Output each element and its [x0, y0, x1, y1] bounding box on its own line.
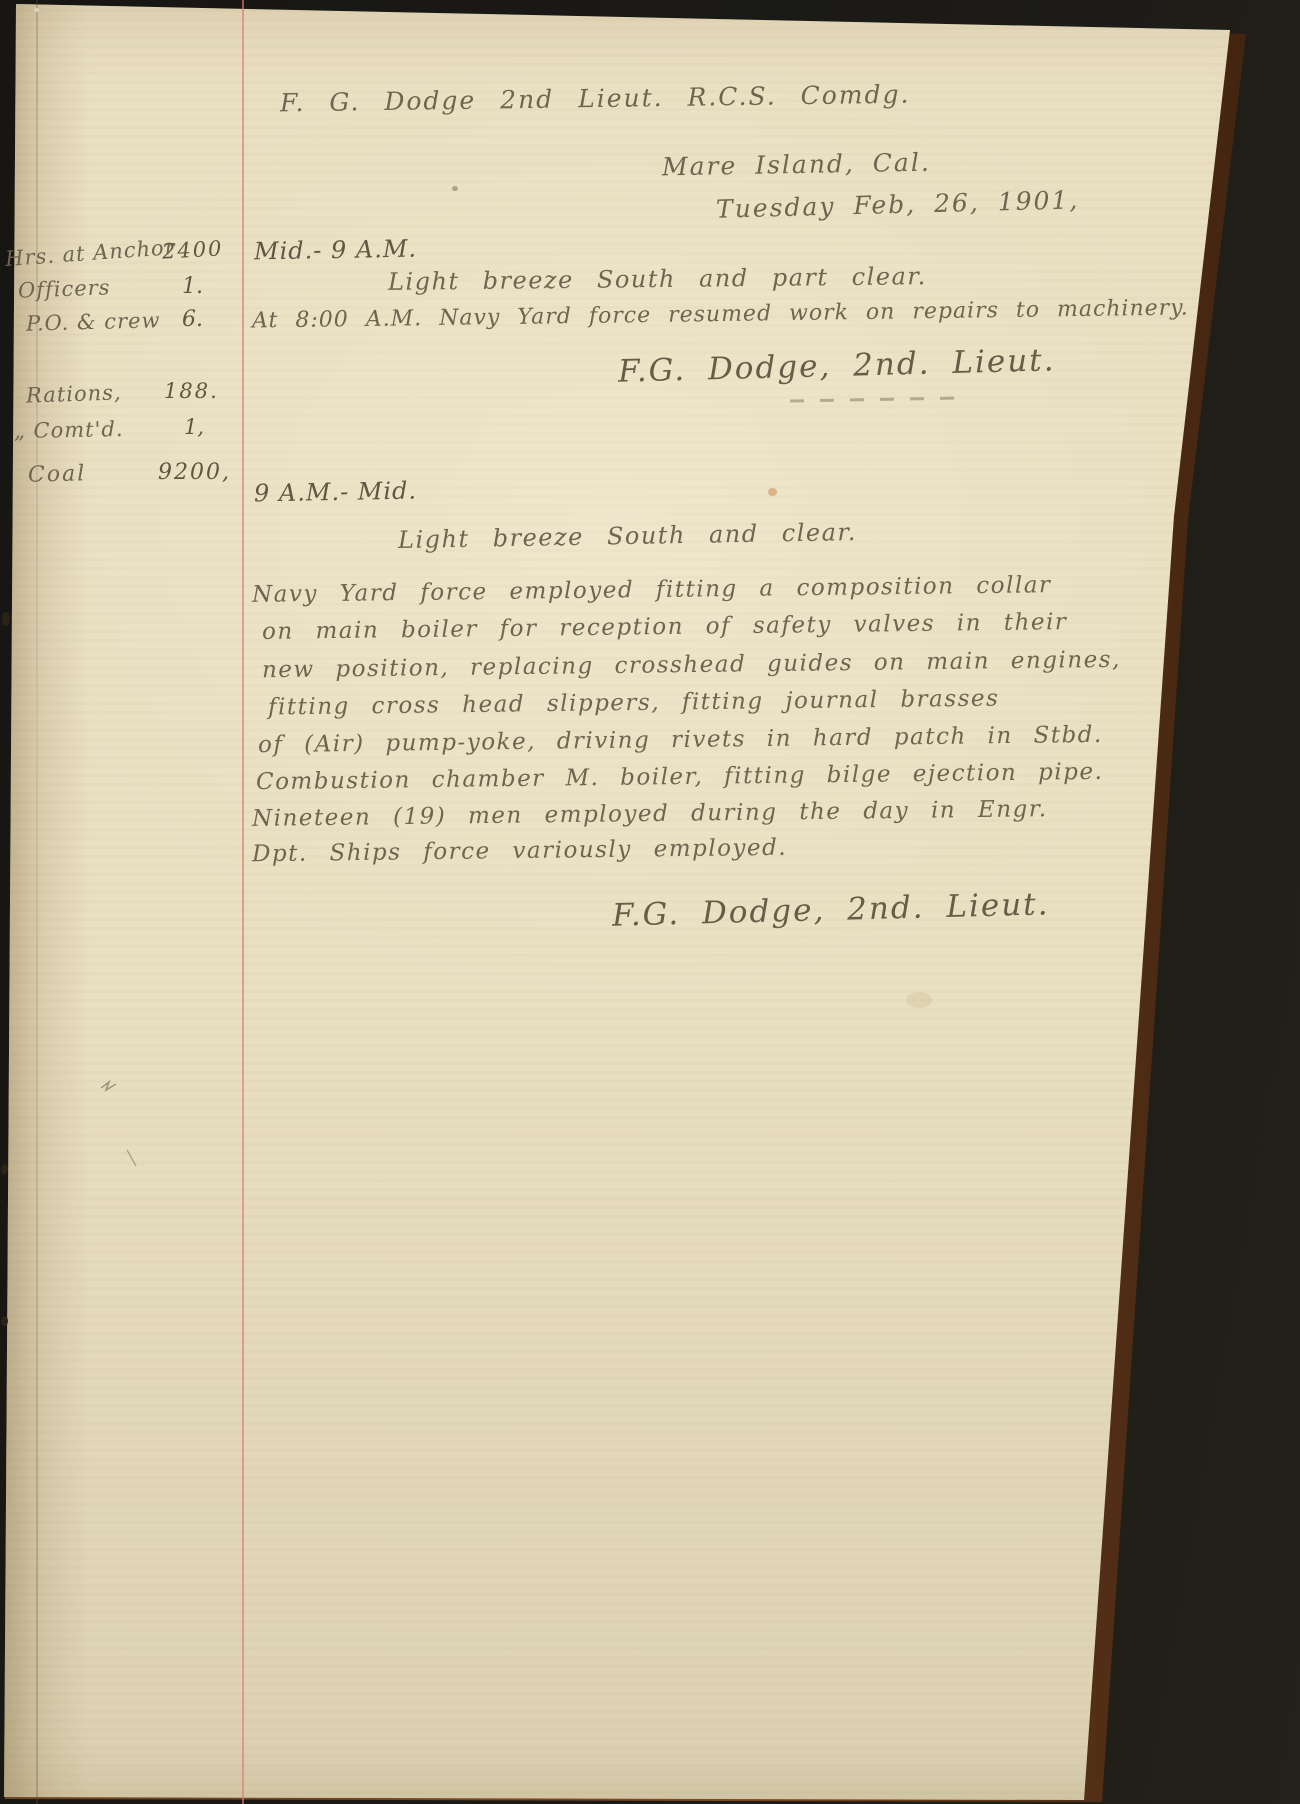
- scan-speck: [88, 6, 92, 10]
- binding-hole: [1, 1164, 8, 1174]
- foxing-spot: [768, 488, 777, 496]
- scan-speck: [34, 8, 39, 12]
- scanned-logbook-page: F. G. Dodge 2nd Lieut. R.C.S. Comdg. Mar…: [0, 0, 1300, 1804]
- margin-value-rations: 188.: [164, 379, 219, 403]
- margin-label-rations: Rations,: [26, 380, 122, 407]
- log-place: Mare Island, Cal.: [662, 148, 931, 182]
- entry1-time-range: Mid.- 9 A.M.: [254, 235, 418, 266]
- margin-label-po-and-crew: P.O. & crew: [26, 308, 161, 336]
- stray-pencil-mark: [124, 1148, 142, 1170]
- gutter-crease: [36, 0, 38, 1804]
- margin-value-rations-comtd: 1,: [184, 415, 204, 439]
- margin-label-officers: Officers: [18, 275, 111, 302]
- red-margin-line: [242, 0, 244, 1804]
- margin-label-coal: Coal: [28, 461, 87, 488]
- margin-label-rations-comtd: „ Comt'd.: [14, 417, 124, 443]
- margin-value-hrs-at-anchor: 2400: [161, 236, 224, 263]
- margin-value-po-and-crew: 6.: [182, 307, 203, 332]
- margin-value-officers: 1.: [182, 274, 203, 299]
- binding-hole: [1, 1316, 8, 1326]
- entry2-time-range: 9 A.M.- Mid.: [254, 477, 418, 508]
- entry1-weather-line: Light breeze South and part clear.: [388, 262, 927, 296]
- binding-hole: [2, 612, 10, 626]
- faint-stain: [906, 992, 932, 1008]
- stray-pencil-mark: [100, 1078, 126, 1094]
- ink-dot: [452, 186, 458, 191]
- margin-value-coal: 9200,: [158, 460, 231, 485]
